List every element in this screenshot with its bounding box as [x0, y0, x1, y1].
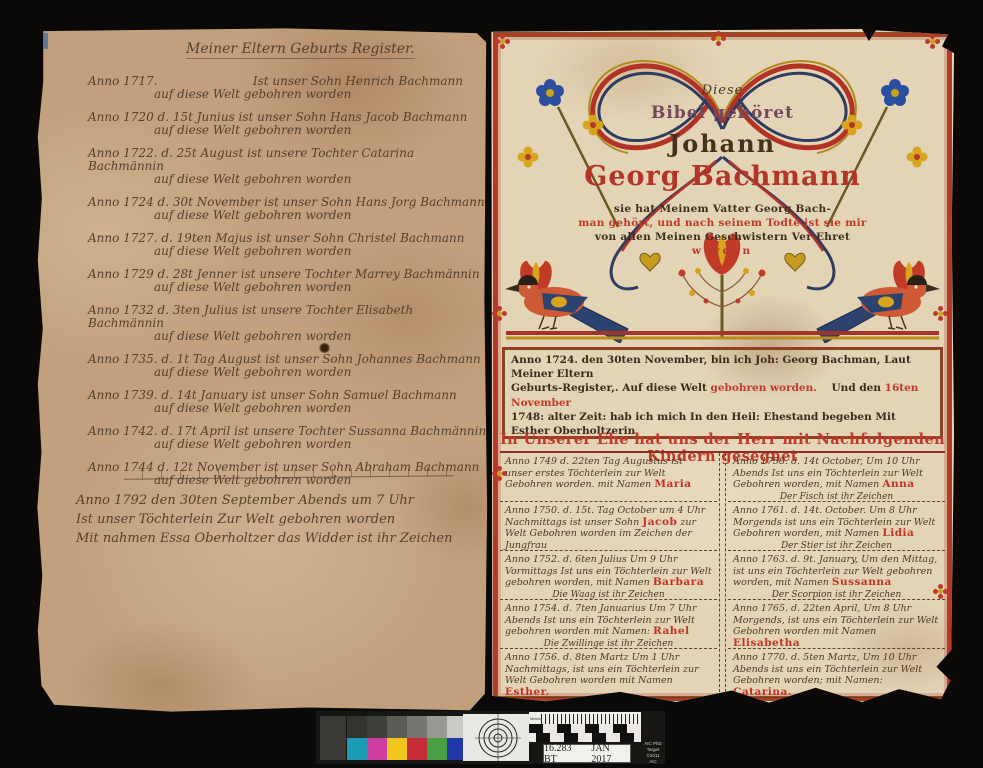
birth-entry-1739: Anno 1739. d. 14t January ist unser Sohn… [36, 389, 488, 415]
green-swatch [427, 738, 447, 760]
child-entry-1750: Anno 1750. d. 15t. Tag October um 4 Uhr … [500, 502, 717, 551]
cyan-swatch [347, 738, 367, 760]
left-manuscript-page: Meiner Eltern Geburts Register. Anno 171… [36, 27, 488, 713]
ink-blot [319, 343, 330, 353]
fraktur-certificate-page: Diese Bibel gehöret Johann Georg Bachman… [490, 29, 955, 704]
calibration-dark-patch [320, 716, 346, 760]
focus-target [463, 714, 529, 761]
calibration-ruler: Metric [529, 712, 641, 724]
birth-entry-1792: Anno 1792 den 30ten September Abends um … [76, 491, 452, 548]
birth-entry-1732: Anno 1732 d. 3ten Julius ist unsere Toch… [36, 304, 488, 343]
birth-entry-1735: Anno 1735. d. 1t Tag August ist unser So… [36, 353, 488, 379]
gray-swatch [347, 716, 367, 738]
accession-label: 16.283 BT JAN 2017 [543, 744, 631, 763]
register-title: Meiner Eltern Geburts Register. [186, 41, 415, 59]
owner-first-name: Johann [498, 129, 947, 158]
gray-swatch [427, 716, 447, 738]
child-entry-1765: Anno 1765. d. 22ten April, Um 8 Uhr Morg… [728, 600, 945, 649]
children-register-table: Anno 1749 d. 22ten Tag Augustus ist unse… [500, 451, 945, 698]
yellow-swatch [387, 738, 407, 760]
birth-entry-list: Anno 1717. Ist unser Sohn Henrich Bachma… [36, 75, 488, 497]
child-entry-1754: Anno 1754. d. 7ten Januarius Um 7 Uhr Ab… [500, 600, 717, 649]
dedication-note-line: sie hat Meinem Vatter Georg Bach- [498, 203, 947, 215]
dedication-panel: Diese Bibel gehöret Johann Georg Bachman… [498, 37, 947, 343]
birth-entry-1724: Anno 1724 d. 30t November ist unser Sohn… [36, 196, 488, 222]
birth-entry-1742: Anno 1742. d. 17t April ist unsere Tocht… [36, 425, 488, 451]
children-column-right: Anno 1758. d. 14t October, Um 10 Uhr Abe… [728, 453, 945, 697]
birth-entry-1727: Anno 1727. d. 19ten Majus ist unser Sohn… [36, 232, 488, 258]
birth-entry-1720: Anno 1720 d. 15t Junius ist unser Sohn H… [36, 111, 488, 137]
birth-entry-1722: Anno 1722. d. 25t August ist unsere Toch… [36, 147, 488, 186]
gray-swatch [407, 716, 427, 738]
child-entry-1749: Anno 1749 d. 22ten Tag Augustus ist unse… [500, 453, 717, 502]
dedication-bibel-gehoeret: Bibel gehöret [498, 103, 947, 123]
children-column-left: Anno 1749 d. 22ten Tag Augustus ist unse… [500, 453, 717, 697]
marriage-line: Geburts-Register,. Auf diese Welt gebohr… [511, 381, 934, 409]
child-entry-1756: Anno 1756. d. 8ten Martz Um 1 Uhr Nachmi… [500, 649, 717, 697]
calibration-target-bar: Metric 16.283 BT JAN 2017 AIC PhD Target… [316, 711, 665, 764]
birth-entry-1729: Anno 1729 d. 28t Jenner ist unsere Tocht… [36, 268, 488, 294]
child-entry-1758: Anno 1758. d. 14t October, Um 10 Uhr Abe… [728, 453, 945, 502]
edge-sticker [39, 33, 48, 49]
checker-strip [529, 733, 641, 742]
dedication-note-line: man gehört, und nach seinem Todte ist si… [498, 217, 947, 229]
ruler-ticks [541, 714, 639, 724]
red-swatch [407, 738, 427, 760]
column-divider [719, 453, 726, 697]
gray-swatch [387, 716, 407, 738]
marriage-record-panel: Anno 1724. den 30ten November, bin ich J… [502, 347, 943, 439]
marriage-line: Anno 1724. den 30ten November, bin ich J… [511, 353, 934, 381]
child-entry-1752: Anno 1752. d. 6ten Julius Um 9 Uhr Vormi… [500, 551, 717, 600]
dedication-note-line: worden [498, 245, 947, 257]
dedication-note-line: von allen Meinen Geschwistern Ver Ehret [498, 231, 947, 243]
child-entry-1761: Anno 1761. d. 14t. October. Um 8 Uhr Mor… [728, 502, 945, 551]
magenta-swatch [367, 738, 387, 760]
gray-swatch [367, 716, 387, 738]
child-entry-1763: Anno 1763. d. 9t. January, Um den Mittag… [728, 551, 945, 600]
owner-full-name: Georg Bachmann [498, 161, 947, 192]
target-credit: AIC PhD Target ©2011 AIC [643, 741, 663, 765]
checker-strip [529, 724, 641, 733]
child-entry-1770: Anno 1770. d. 5ten Martz, Um 10 Uhr Aben… [728, 649, 945, 697]
dedication-word-diese: Diese [498, 83, 947, 98]
birth-entry-1717: Anno 1717. Ist unser Sohn Henrich Bachma… [36, 75, 488, 101]
